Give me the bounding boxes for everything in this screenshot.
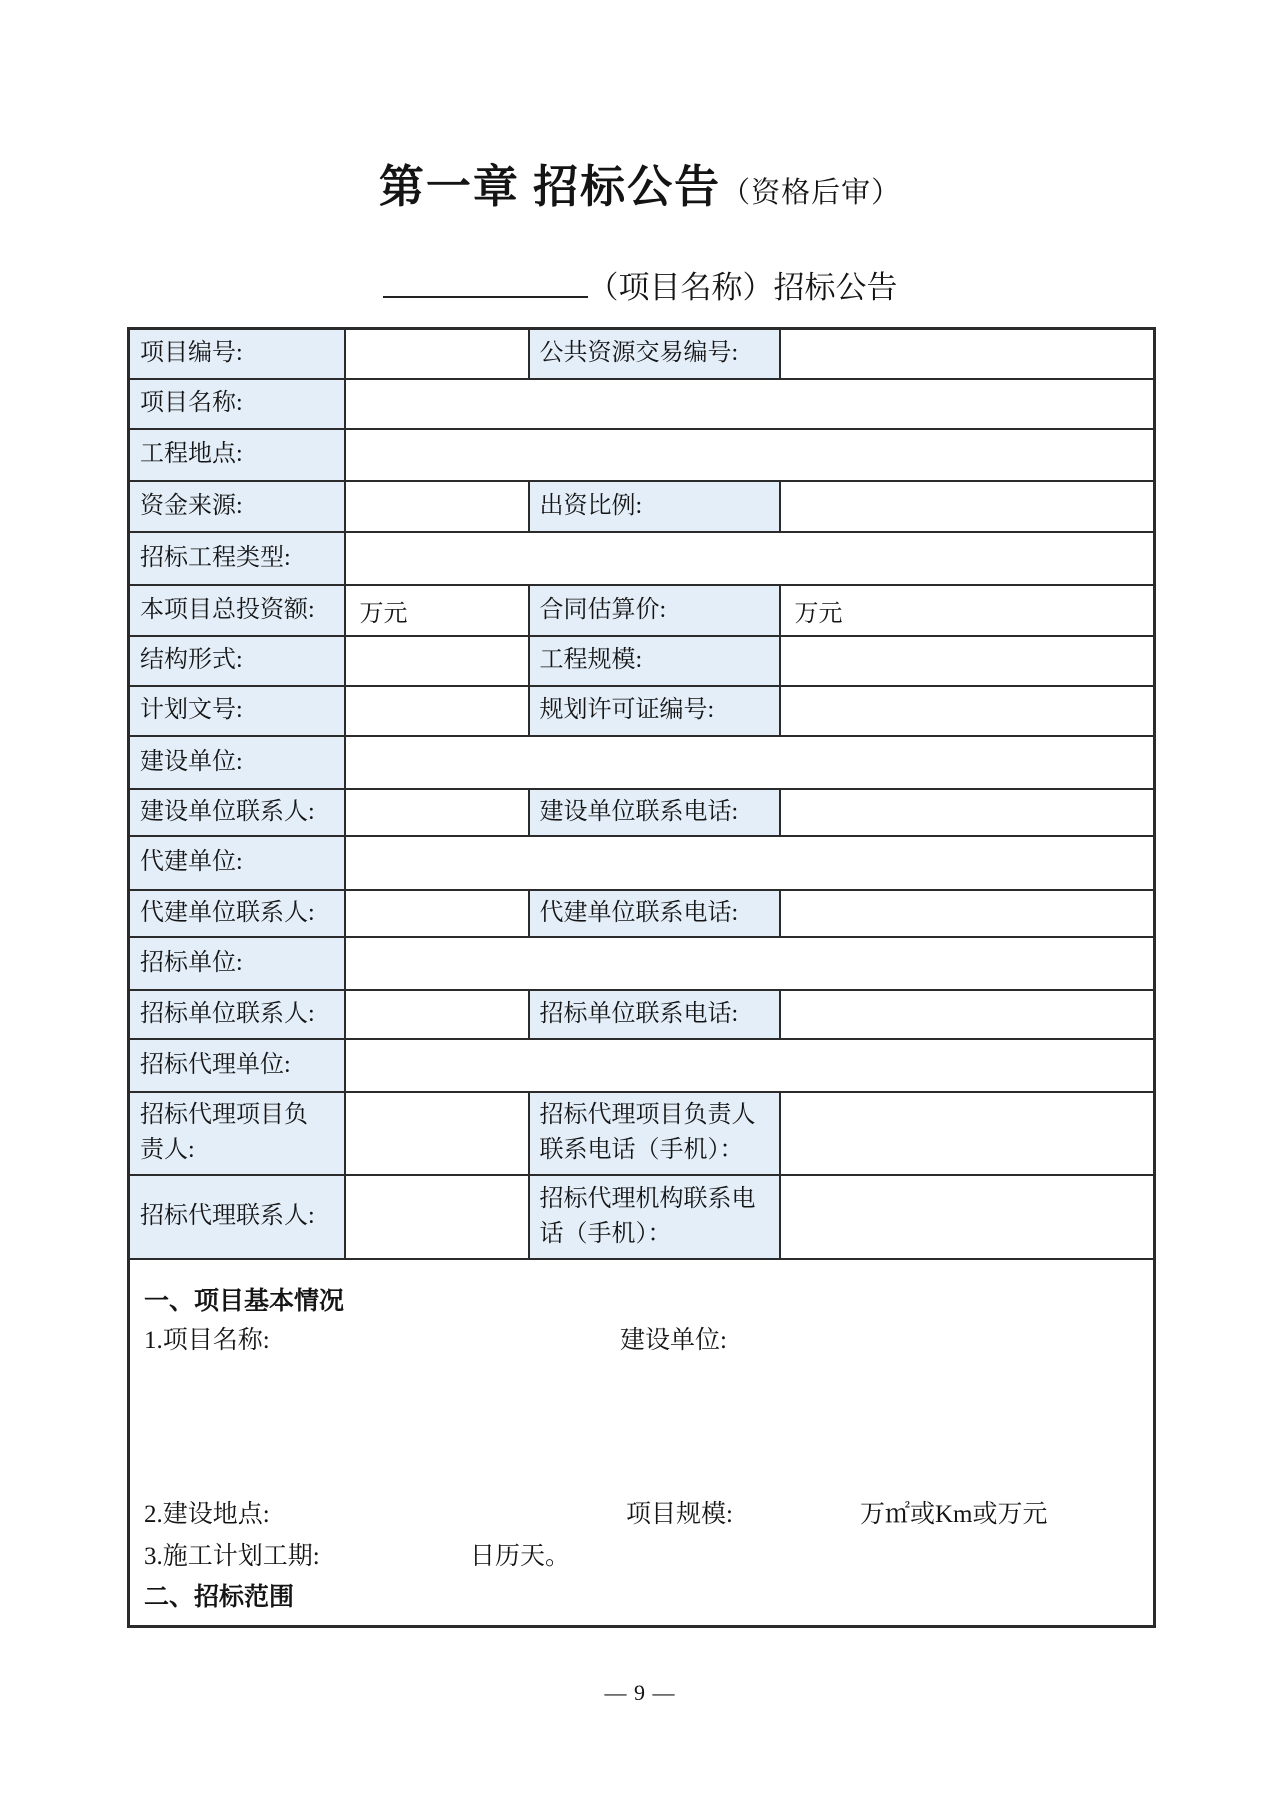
page-number: — 9 —: [0, 1680, 1280, 1706]
field-label-cell: 招标代理项目负责人 联系电话（手机）：: [529, 1092, 780, 1175]
field-value-cell[interactable]: [345, 379, 1155, 429]
field-value-cell[interactable]: [780, 990, 1155, 1039]
field-label-cell: 结构形式:: [129, 636, 345, 686]
field-label-cell: 建设单位:: [129, 736, 345, 789]
scale-unit-label: 万㎡或Km或万元: [860, 1494, 1048, 1536]
build-site-label: 2.建设地点:: [144, 1494, 270, 1536]
field-label-cell: 合同估算价:: [529, 585, 780, 636]
table-row: 资金来源:出资比例:: [129, 481, 1155, 532]
field-value-cell[interactable]: [345, 1092, 529, 1175]
field-value-cell[interactable]: [780, 481, 1155, 532]
project-scale-label: 项目规模:: [626, 1494, 733, 1536]
blank-line[interactable]: [383, 267, 588, 298]
table-row: 计划文号:规划许可证编号:: [129, 686, 1155, 736]
field-label-cell: 代建单位联系人:: [129, 890, 345, 937]
table-row: 结构形式:工程规模:: [129, 636, 1155, 686]
field-label-cell: 建设单位联系电话:: [529, 789, 780, 836]
field-value-cell[interactable]: [345, 736, 1155, 789]
field-value-cell[interactable]: [345, 686, 529, 736]
section-heading-basic-info: 一、项目基本情况: [140, 1282, 1143, 1320]
field-value-cell[interactable]: [345, 990, 529, 1039]
field-value-cell[interactable]: [345, 532, 1155, 585]
section-heading-bid-scope: 二、招标范围: [140, 1578, 1143, 1616]
basic-info-section-cell: 一、项目基本情况 1.项目名称: 建设单位: 2.建设地点: 项目规模: 万㎡或…: [129, 1259, 1155, 1627]
announcement-subtitle: （项目名称）招标公告: [0, 262, 1280, 307]
form-table-body: 项目编号:公共资源交易编号:项目名称:工程地点:资金来源:出资比例:招标工程类型…: [129, 329, 1155, 1259]
schedule-line: 3.施工计划工期: 日历天。: [140, 1536, 1143, 1578]
project-name-label: 1.项目名称:: [144, 1320, 270, 1362]
field-value-cell[interactable]: 万元: [345, 585, 529, 636]
field-label-cell: 规划许可证编号:: [529, 686, 780, 736]
field-label-cell: 招标工程类型:: [129, 532, 345, 585]
field-value-cell[interactable]: [780, 1092, 1155, 1175]
field-label-cell: 本项目总投资额:: [129, 585, 345, 636]
field-value-cell[interactable]: [780, 890, 1155, 937]
field-label-cell: 出资比例:: [529, 481, 780, 532]
field-value-cell[interactable]: [345, 1175, 529, 1259]
table-row: 招标代理单位:: [129, 1039, 1155, 1092]
table-row: 招标代理联系人:招标代理机构联系电 话（手机）：: [129, 1175, 1155, 1259]
table-row: 建设单位联系人:建设单位联系电话:: [129, 789, 1155, 836]
schedule-label: 3.施工计划工期:: [144, 1536, 320, 1578]
field-label-cell: 招标单位联系人:: [129, 990, 345, 1039]
field-label-cell: 公共资源交易编号:: [529, 329, 780, 379]
table-row: 招标单位联系人:招标单位联系电话:: [129, 990, 1155, 1039]
field-value-cell[interactable]: [780, 686, 1155, 736]
field-label-cell: 计划文号:: [129, 686, 345, 736]
field-label-cell: 代建单位:: [129, 836, 345, 890]
table-row: 建设单位:: [129, 736, 1155, 789]
chapter-title-qualifier: （资格后审）: [721, 177, 901, 209]
table-row: 代建单位:: [129, 836, 1155, 890]
field-label-cell: 招标代理单位:: [129, 1039, 345, 1092]
field-label-cell: 招标单位联系电话:: [529, 990, 780, 1039]
field-value-cell[interactable]: [345, 429, 1155, 481]
owner-unit-label: 建设单位:: [620, 1320, 727, 1362]
table-row: 本项目总投资额:万元合同估算价:万元: [129, 585, 1155, 636]
subtitle-text: （项目名称）招标公告: [588, 270, 898, 305]
table-row: 项目编号:公共资源交易编号:: [129, 329, 1155, 379]
field-label-cell: 建设单位联系人:: [129, 789, 345, 836]
field-label-cell: 项目编号:: [129, 329, 345, 379]
section-gap: [140, 1362, 1143, 1494]
field-value-cell[interactable]: [345, 937, 1155, 990]
field-value-cell[interactable]: [780, 789, 1155, 836]
table-row: 项目名称:: [129, 379, 1155, 429]
table-row: 工程地点:: [129, 429, 1155, 481]
section-row: 一、项目基本情况 1.项目名称: 建设单位: 2.建设地点: 项目规模: 万㎡或…: [129, 1259, 1155, 1627]
document-page: 第一章 招标公告（资格后审） （项目名称）招标公告 项目编号:公共资源交易编号:…: [0, 0, 1280, 1809]
field-value-cell[interactable]: [345, 890, 529, 937]
field-label-cell: 招标单位:: [129, 937, 345, 990]
field-value-cell[interactable]: [345, 636, 529, 686]
table-row: 招标代理项目负 责人:招标代理项目负责人 联系电话（手机）：: [129, 1092, 1155, 1175]
field-label-cell: 招标代理项目负 责人:: [129, 1092, 345, 1175]
field-label-cell: 代建单位联系电话:: [529, 890, 780, 937]
section-table-body: 一、项目基本情况 1.项目名称: 建设单位: 2.建设地点: 项目规模: 万㎡或…: [129, 1259, 1155, 1627]
field-label-cell: 招标代理联系人:: [129, 1175, 345, 1259]
field-value-cell[interactable]: 万元: [780, 585, 1155, 636]
field-value-cell[interactable]: [345, 1039, 1155, 1092]
calendar-days-label: 日历天。: [470, 1536, 570, 1578]
project-name-line: 1.项目名称: 建设单位:: [140, 1320, 1143, 1362]
field-value-cell[interactable]: [780, 329, 1155, 379]
field-value-cell[interactable]: [345, 836, 1155, 890]
field-label-cell: 工程地点:: [129, 429, 345, 481]
field-value-cell[interactable]: [345, 481, 529, 532]
project-info-table: 项目编号:公共资源交易编号:项目名称:工程地点:资金来源:出资比例:招标工程类型…: [127, 327, 1156, 1628]
table-row: 代建单位联系人:代建单位联系电话:: [129, 890, 1155, 937]
field-value-cell[interactable]: [345, 329, 529, 379]
field-label-cell: 资金来源:: [129, 481, 345, 532]
chapter-title-main: 第一章 招标公告: [379, 162, 721, 212]
table-row: 招标工程类型:: [129, 532, 1155, 585]
table-row: 招标单位:: [129, 937, 1155, 990]
chapter-title: 第一章 招标公告（资格后审）: [0, 150, 1280, 215]
build-site-line: 2.建设地点: 项目规模: 万㎡或Km或万元: [140, 1494, 1143, 1536]
field-label-cell: 工程规模:: [529, 636, 780, 686]
field-label-cell: 项目名称:: [129, 379, 345, 429]
field-value-cell[interactable]: [780, 1175, 1155, 1259]
field-label-cell: 招标代理机构联系电 话（手机）：: [529, 1175, 780, 1259]
field-value-cell[interactable]: [780, 636, 1155, 686]
field-value-cell[interactable]: [345, 789, 529, 836]
